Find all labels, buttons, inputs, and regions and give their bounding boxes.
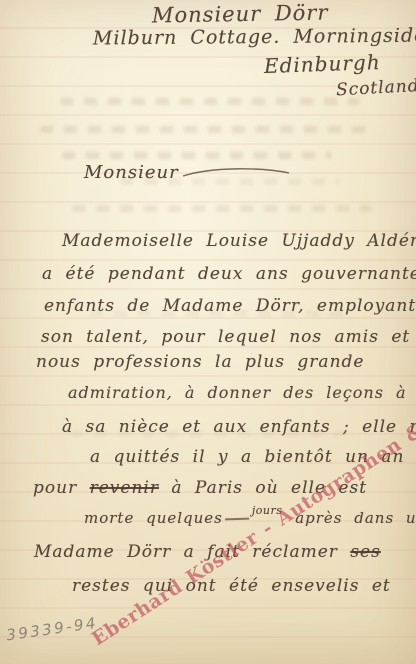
body-line: a été pendant deux ans gouvernante des bbox=[42, 264, 416, 284]
salutation-text: Monsieur bbox=[84, 162, 179, 183]
body-line-with-insertion: morte quelquesjours après dans un hôpita… bbox=[84, 509, 416, 527]
address-line-country: Scotland. bbox=[336, 76, 416, 101]
salutation: Monsieur bbox=[84, 162, 291, 183]
address-line-recipient: Monsieur Dörr bbox=[152, 0, 329, 27]
body-text: Madame Dörr a fait réclamer bbox=[34, 542, 338, 562]
inventory-number: 39339-94 bbox=[5, 614, 99, 645]
body-line: admiration, à donner des leçons à Madame… bbox=[68, 383, 416, 402]
body-text: pour bbox=[33, 478, 77, 498]
struck-word: revenir bbox=[90, 478, 159, 498]
address-line-street: Milburn Cottage. Morningside bbox=[93, 25, 416, 50]
body-line: son talent, pour lequel nos amis et bbox=[41, 327, 410, 347]
body-line: enfants de Madame Dörr, employant bbox=[44, 296, 416, 316]
body-line: à sa nièce et aux enfants ; elle nous bbox=[62, 417, 416, 437]
body-text: morte quelques bbox=[84, 509, 223, 527]
body-line: Mademoiselle Louise Ujjaddy Aldéron bbox=[62, 231, 416, 251]
ink-bleedthrough bbox=[40, 126, 370, 133]
ink-bleedthrough bbox=[72, 205, 372, 212]
struck-word: ses bbox=[350, 542, 381, 562]
ink-bleedthrough bbox=[60, 98, 360, 105]
scratched-word bbox=[225, 511, 249, 521]
ink-bleedthrough bbox=[62, 152, 332, 159]
pen-flourish bbox=[181, 162, 291, 183]
address-line-city: Edinburgh bbox=[264, 50, 381, 78]
body-line: nous professions la plus grande bbox=[36, 352, 364, 372]
letter-scan-page: Monsieur Dörr Milburn Cottage. Morningsi… bbox=[0, 0, 416, 664]
body-line: restes qui ont été ensevelis et bbox=[72, 576, 391, 596]
